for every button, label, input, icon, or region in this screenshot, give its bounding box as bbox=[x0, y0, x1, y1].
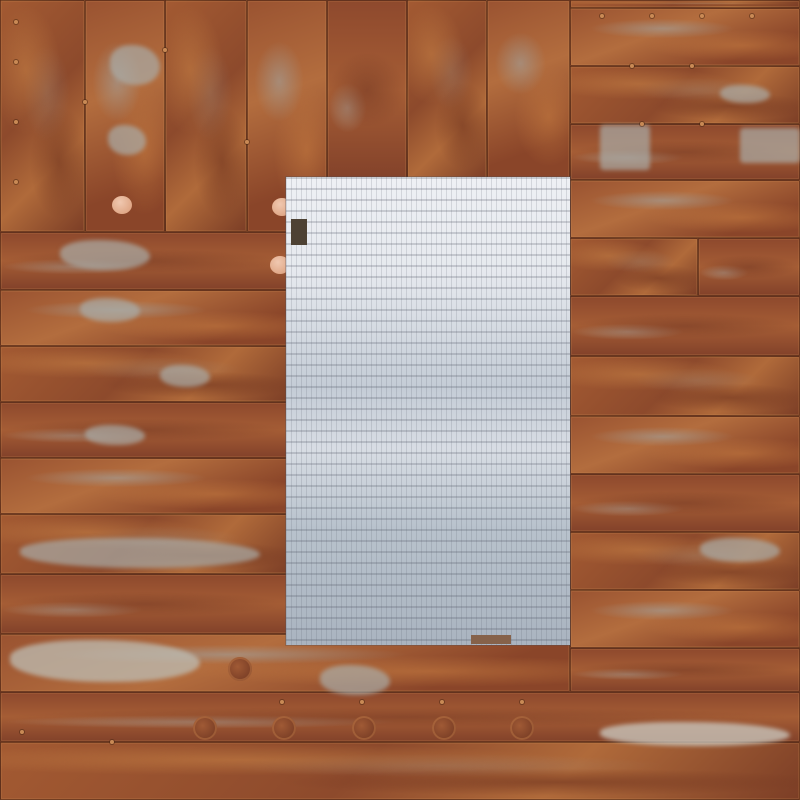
weathered-patch bbox=[20, 538, 260, 568]
silver-scribbled-panel bbox=[286, 177, 570, 645]
rivet bbox=[14, 20, 18, 24]
porthole bbox=[510, 716, 534, 740]
rivet bbox=[14, 180, 18, 184]
rivet bbox=[245, 140, 249, 144]
weathered-patch bbox=[108, 125, 146, 155]
rust-plate bbox=[0, 290, 290, 346]
rivet bbox=[650, 14, 654, 18]
rivet bbox=[520, 700, 524, 704]
rivet bbox=[360, 700, 364, 704]
rivet bbox=[110, 740, 114, 744]
rivet bbox=[83, 100, 87, 104]
rust-plate bbox=[570, 238, 698, 296]
rust-plate bbox=[407, 0, 487, 180]
panel-rust-notch bbox=[471, 635, 511, 644]
weathered-patch bbox=[320, 665, 390, 695]
weathered-patch bbox=[60, 240, 150, 270]
rivet bbox=[640, 122, 644, 126]
rivet bbox=[280, 700, 284, 704]
weathered-patch bbox=[740, 128, 800, 163]
rivet bbox=[630, 64, 634, 68]
rust-plate bbox=[698, 238, 800, 296]
rust-plate bbox=[570, 356, 800, 416]
weathered-patch bbox=[600, 125, 650, 170]
porthole bbox=[228, 657, 252, 681]
rust-plate bbox=[570, 180, 800, 238]
rust-plate bbox=[165, 0, 247, 232]
rust-plate bbox=[487, 0, 570, 180]
rust-plate bbox=[570, 590, 800, 648]
porthole bbox=[193, 716, 217, 740]
rivet bbox=[20, 730, 24, 734]
porthole bbox=[432, 716, 456, 740]
porthole bbox=[272, 716, 296, 740]
rust-plate bbox=[570, 416, 800, 474]
copper-disc bbox=[112, 196, 132, 214]
rivet bbox=[750, 14, 754, 18]
rivet bbox=[700, 14, 704, 18]
rust-plate bbox=[0, 574, 290, 634]
rivet bbox=[690, 64, 694, 68]
weathered-patch bbox=[600, 722, 790, 746]
artwork-canvas: Photograph of a mixed-media artwork: wea… bbox=[0, 0, 800, 800]
weathered-patch bbox=[85, 425, 145, 445]
weathered-patch bbox=[110, 45, 160, 85]
rust-plate bbox=[0, 346, 290, 402]
rivet bbox=[14, 120, 18, 124]
rust-plate bbox=[570, 296, 800, 356]
rust-plate bbox=[0, 0, 85, 232]
rivet bbox=[700, 122, 704, 126]
panel-dark-tab bbox=[291, 219, 307, 245]
rivet bbox=[600, 14, 604, 18]
rivet bbox=[163, 48, 167, 52]
weathered-patch bbox=[700, 538, 780, 562]
rust-plate bbox=[0, 742, 800, 800]
rust-plate bbox=[0, 402, 290, 458]
rust-plate bbox=[570, 648, 800, 692]
rust-plate bbox=[570, 0, 800, 8]
rust-plate bbox=[327, 0, 407, 180]
porthole bbox=[352, 716, 376, 740]
rivet bbox=[14, 60, 18, 64]
rivet bbox=[440, 700, 444, 704]
rust-plate bbox=[570, 474, 800, 532]
rust-plate bbox=[0, 458, 290, 514]
weathered-patch bbox=[160, 365, 210, 387]
weathered-patch bbox=[80, 298, 140, 322]
weathered-patch bbox=[10, 640, 200, 682]
weathered-patch bbox=[720, 85, 770, 103]
rust-plate bbox=[570, 8, 800, 66]
